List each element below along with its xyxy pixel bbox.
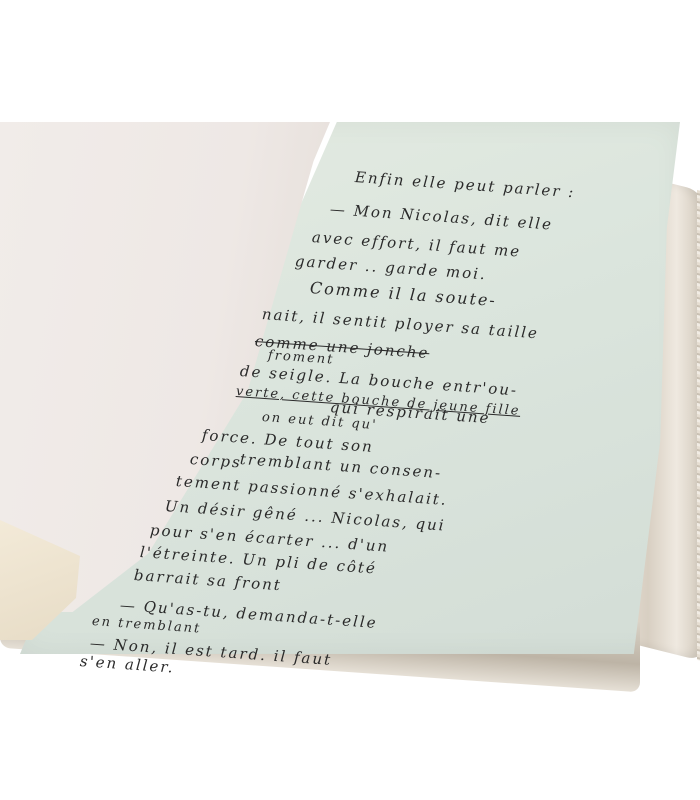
manuscript-photo: Enfin elle peut parler : — Mon Nicolas, … [0,0,700,800]
line-14: corps [189,450,242,472]
